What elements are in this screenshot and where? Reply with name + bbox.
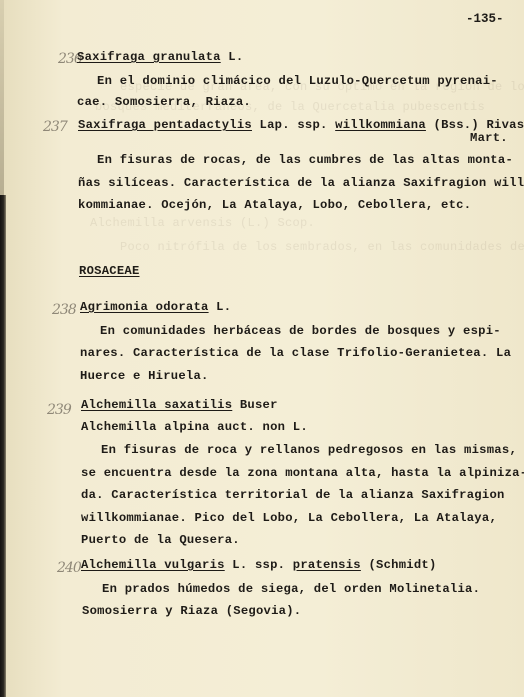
species-name: Saxifraga granulata (77, 50, 221, 64)
body-line: willkommianae. Pico del Lobo, La Cebolle… (81, 511, 497, 525)
subspecies-author: (Schmidt) (361, 558, 437, 572)
body-line: kommianae. Ocejón, La Atalaya, Lobo, Ceb… (78, 198, 471, 212)
synonym-line: Alchemilla alpina auct. non L. (81, 420, 308, 434)
book-binding-shadow (0, 195, 6, 697)
handwritten-entry-number: 240 (57, 560, 81, 576)
body-line: Puerto de la Quesera. (81, 533, 240, 547)
species-author: L. (209, 300, 232, 314)
species-title: Alchemilla saxatilis Buser (81, 398, 278, 412)
subspecies-name: willkommiana (335, 118, 426, 132)
species-title: Saxifraga granulata L. (77, 50, 243, 64)
body-line: ñas silíceas. Característica de la alian… (78, 176, 524, 190)
body-line: Huerce e Hiruela. (80, 369, 209, 383)
species-author: L. (221, 50, 244, 64)
show-through-text: Alchemilla arvensis (L.) Scop. (90, 216, 315, 230)
handwritten-entry-number: 238 (52, 302, 76, 318)
body-line: En el dominio climácico del Luzulo-Querc… (97, 74, 498, 88)
body-line: En fisuras de roca y rellanos pedregosos… (101, 443, 517, 457)
body-line: En comunidades herbáceas de bordes de bo… (100, 324, 501, 338)
species-title: Agrimonia odorata L. (80, 300, 231, 314)
species-name: Alchemilla saxatilis (81, 398, 232, 412)
handwritten-entry-number: 239 (47, 402, 71, 418)
subspecies-name: pratensis (293, 558, 361, 572)
handwritten-entry-number: 237 (43, 119, 67, 135)
body-line: se encuentra desde la zona montana alta,… (81, 466, 524, 480)
body-line: cae. Somosierra, Riaza. (77, 95, 251, 109)
body-line: En prados húmedos de siega, del orden Mo… (102, 582, 480, 596)
species-title: Saxifraga pentadactylis Lap. ssp. willko… (78, 118, 524, 132)
body-line: nares. Característica de la clase Trifol… (80, 346, 511, 360)
species-author: Buser (232, 398, 277, 412)
species-name: Alchemilla vulgaris (81, 558, 225, 572)
species-title: Alchemilla vulgaris L. ssp. pratensis (S… (81, 558, 437, 572)
body-line: da. Característica territorial de la ali… (81, 488, 505, 502)
show-through-text: Poco nitrófila de los sembrados, en las … (120, 240, 524, 254)
species-name: Saxifraga pentadactylis (78, 118, 252, 132)
family-heading: ROSACEAE (79, 264, 140, 278)
page-edge (0, 0, 4, 195)
subspecies-author: (Bss.) Rivas (426, 118, 524, 132)
page-number: -135- (466, 12, 504, 26)
species-author: L. ssp. (225, 558, 293, 572)
body-line: Somosierra y Riaza (Segovia). (82, 604, 301, 618)
species-name: Agrimonia odorata (80, 300, 209, 314)
species-author: Lap. ssp. (252, 118, 335, 132)
title-continuation: Mart. (470, 131, 508, 145)
body-line: En fisuras de rocas, de las cumbres de l… (97, 153, 513, 167)
